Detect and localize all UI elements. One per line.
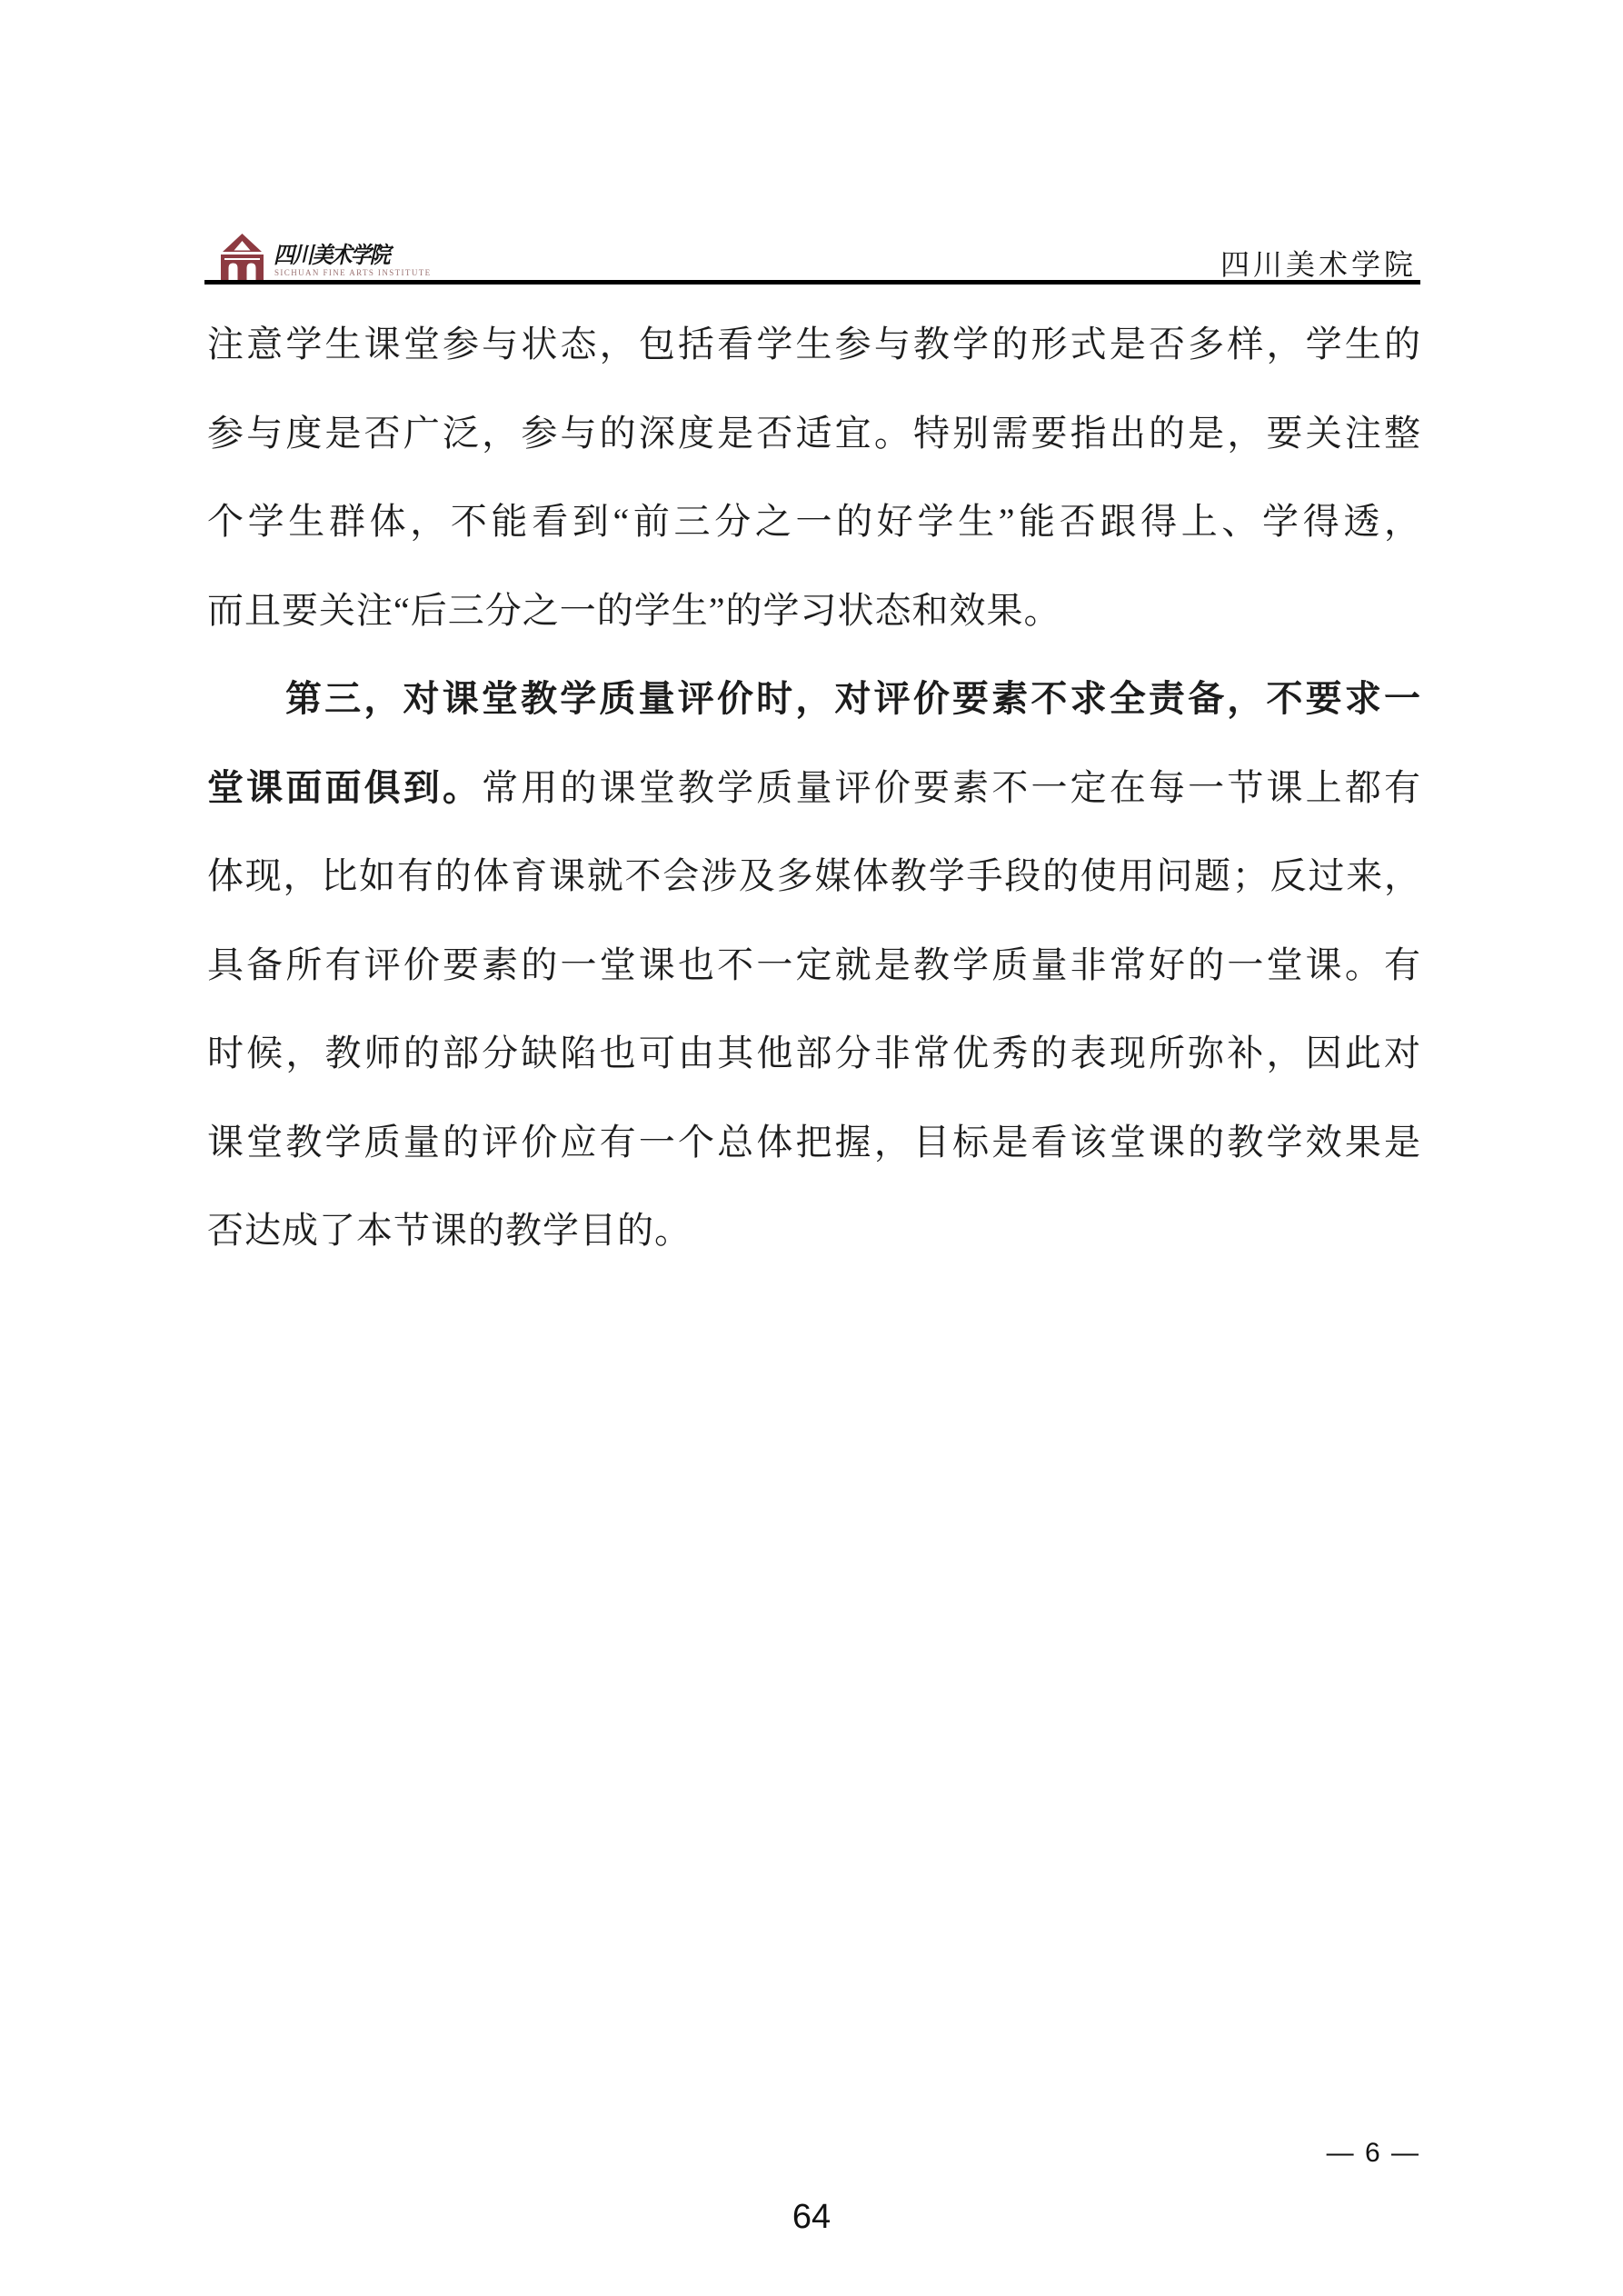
school-logo-arch-icon: [221, 234, 264, 280]
text-line: 而且要关注“后三分之一的学生”的学习状态和效果。: [207, 566, 1421, 655]
text-line: 体现，比如有的体育课就不会涉及多媒体教学手段的使用问题；反过来，: [207, 832, 1421, 921]
text-line: 参与度是否广泛，参与的深度是否适宜。特别需要指出的是，要关注整: [207, 389, 1421, 478]
text-line-regular-segment: 课堂教学质量的评价应有一个总体把握，目标是看该堂课的教学效果是: [207, 1122, 1421, 1163]
text-line: 否达成了本节课的教学目的。: [207, 1186, 1421, 1275]
text-line-bold-segment: 堂课面面俱到。: [207, 767, 482, 808]
footer-section-page: — 6 —: [1327, 2138, 1420, 2169]
text-line: 堂课面面俱到。常用的课堂教学质量评价要素不一定在每一节课上都有: [207, 744, 1421, 833]
text-line-regular-segment: 体现，比如有的体育课就不会涉及多媒体教学手段的使用问题；反过来，: [207, 855, 1421, 896]
text-line-regular-segment: 否达成了本节课的教学目的。: [207, 1210, 692, 1251]
text-line-regular-segment: 个学生群体，不能看到“前三分之一的好学生”能否跟得上、学得透，: [207, 501, 1421, 542]
text-line: 课堂教学质量的评价应有一个总体把握，目标是看该堂课的教学效果是: [207, 1098, 1421, 1187]
text-line-bold-segment: 第三，对课堂教学质量评价时，对评价要素不求全责备，不要求一: [285, 678, 1421, 719]
school-logo-calligraphy: 四川美术学院: [274, 237, 383, 270]
body-text: 注意学生课堂参与状态，包括看学生参与教学的形式是否多样，学生的参与度是否广泛，参…: [207, 300, 1421, 1275]
text-line: 第三，对课堂教学质量评价时，对评价要素不求全责备，不要求一: [207, 654, 1421, 744]
text-line-regular-segment: 常用的课堂教学质量评价要素不一定在每一节课上都有: [482, 767, 1421, 808]
text-line: 注意学生课堂参与状态，包括看学生参与教学的形式是否多样，学生的: [207, 300, 1421, 389]
text-line: 时候，教师的部分缺陷也可由其他部分非常优秀的表现所弥补，因此对: [207, 1009, 1421, 1098]
text-line: 个学生群体，不能看到“前三分之一的好学生”能否跟得上、学得透，: [207, 477, 1421, 566]
text-line-regular-segment: 注意学生课堂参与状态，包括看学生参与教学的形式是否多样，学生的: [207, 324, 1421, 364]
text-line-regular-segment: 具备所有评价要素的一堂课也不一定就是教学质量非常好的一堂课。有: [207, 944, 1421, 985]
header-rule: [204, 280, 1420, 285]
header-school-name: 四川美术学院: [1220, 242, 1417, 284]
text-line-regular-segment: 而且要关注“后三分之一的学生”的学习状态和效果。: [207, 590, 1061, 631]
text-line-regular-segment: 时候，教师的部分缺陷也可由其他部分非常优秀的表现所弥补，因此对: [207, 1033, 1421, 1073]
text-line-regular-segment: 参与度是否广泛，参与的深度是否适宜。特别需要指出的是，要关注整: [207, 413, 1421, 454]
document-page: 四川美术学院 SICHUAN FINE ARTS INSTITUTE 四川美术学…: [0, 0, 1623, 2296]
school-logo-caption: SICHUAN FINE ARTS INSTITUTE: [274, 268, 432, 277]
footer-page-number: 64: [0, 2198, 1623, 2237]
text-line: 具备所有评价要素的一堂课也不一定就是教学质量非常好的一堂课。有: [207, 921, 1421, 1010]
